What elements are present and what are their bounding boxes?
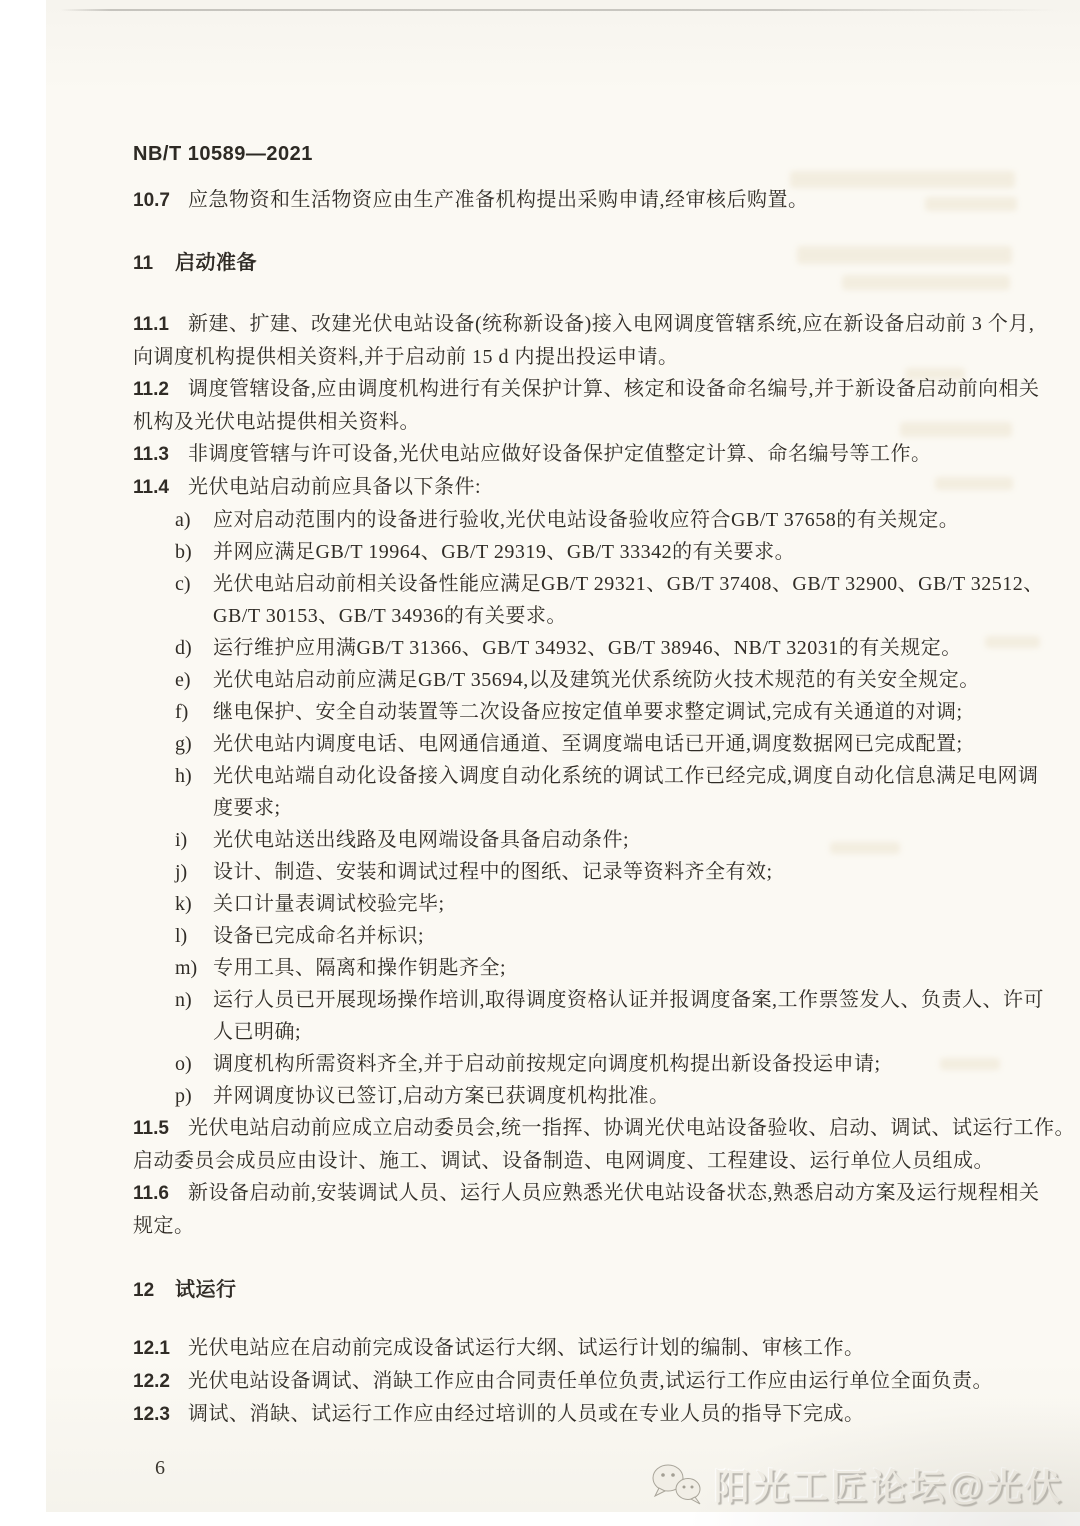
scan-corner-shade	[640, 1386, 1080, 1526]
item-label: e)	[175, 664, 213, 696]
clause-number: 11.5	[133, 1113, 188, 1145]
item-label: i)	[175, 824, 213, 856]
clause-line: 11.6新设备启动前,安装调试人员、运行人员应熟悉光伏电站设备状态,熟悉启动方案…	[133, 1177, 988, 1210]
clause-continuation: 启动委员会成员应由设计、施工、调试、设备制造、电网调度、工程建设、运行单位人员组…	[133, 1145, 988, 1177]
item-text: 并网应满足GB/T 19964、GB/T 29319、GB/T 33342的有关…	[213, 541, 795, 563]
item-text: 光伏电站启动前应满足GB/T 35694,以及建筑光伏系统防火技术规范的有关安全…	[213, 669, 980, 691]
section-title: 试运行	[175, 1279, 237, 1301]
clause-line: 11.1新建、扩建、改建光伏电站设备(统称新设备)接入电网调度管辖系统,应在新设…	[133, 308, 988, 341]
section-heading-12: 12试运行	[133, 1274, 988, 1307]
list-item: i)光伏电站送出线路及电网端设备具备启动条件;	[133, 824, 988, 856]
section-number: 11	[133, 248, 175, 280]
clause-line: 12.1光伏电站应在启动前完成设备试运行大纲、试运行计划的编制、审核工作。	[133, 1332, 988, 1365]
item-label: c)	[175, 568, 213, 600]
section-number: 12	[133, 1275, 175, 1307]
item-text: 光伏电站端自动化设备接入调度自动化系统的调试工作已经完成,调度自动化信息满足电网…	[213, 765, 1039, 787]
clause-text: 应急物资和生活物资应由生产准备机构提出采购申请,经审核后购置。	[188, 189, 809, 211]
item-continuation: 度要求;	[133, 792, 988, 824]
item-text: 人已明确;	[213, 1021, 301, 1043]
item-label: g)	[175, 728, 213, 760]
item-label: l)	[175, 920, 213, 952]
item-label: f)	[175, 696, 213, 728]
clause-number: 12.1	[133, 1333, 188, 1365]
item-text: 运行人员已开展现场操作培训,取得调度资格认证并报调度备案,工作票签发人、负责人、…	[213, 989, 1044, 1011]
clause-text: 新建、扩建、改建光伏电站设备(统称新设备)接入电网调度管辖系统,应在新设备启动前…	[188, 313, 1034, 335]
list-item: d)运行维护应用满GB/T 31366、GB/T 34932、GB/T 3894…	[133, 632, 988, 664]
item-label: a)	[175, 504, 213, 536]
clause-text: 新设备启动前,安装调试人员、运行人员应熟悉光伏电站设备状态,熟悉启动方案及运行规…	[188, 1182, 1040, 1204]
item-label: m)	[175, 952, 213, 984]
list-item: c)光伏电站启动前相关设备性能应满足GB/T 29321、GB/T 37408、…	[133, 568, 988, 600]
item-label: p)	[175, 1080, 213, 1112]
list-item: b)并网应满足GB/T 19964、GB/T 29319、GB/T 33342的…	[133, 536, 988, 568]
section-heading-11: 11启动准备	[133, 247, 988, 280]
item-continuation: 人已明确;	[133, 1016, 988, 1048]
clause-text: 光伏电站启动前应成立启动委员会,统一指挥、协调光伏电站设备验收、启动、调试、试运…	[188, 1117, 1075, 1139]
clause-text: 向调度机构提供相关资料,并于启动前 15 d 内提出投运申请。	[133, 346, 679, 368]
list-item: p)并网调度协议已签订,启动方案已获调度机构批准。	[133, 1080, 988, 1112]
doc-number: NB/T 10589—2021	[133, 138, 988, 170]
clause-text: 启动委员会成员应由设计、施工、调试、设备制造、电网调度、工程建设、运行单位人员组…	[133, 1150, 994, 1172]
clause-text: 光伏电站应在启动前完成设备试运行大纲、试运行计划的编制、审核工作。	[188, 1337, 865, 1359]
scanned-page: NB/T 10589—2021 10.7应急物资和生活物资应由生产准备机构提出采…	[0, 0, 1080, 1526]
item-continuation: GB/T 30153、GB/T 34936的有关要求。	[133, 600, 988, 632]
clause-continuation: 机构及光伏电站提供相关资料。	[133, 406, 988, 438]
clause-text: 调度管辖设备,应由调度机构进行有关保护计算、核定和设备命名编号,并于新设备启动前…	[188, 378, 1040, 400]
item-text: 关口计量表调试校验完毕;	[213, 893, 445, 915]
item-text: 光伏电站启动前相关设备性能应满足GB/T 29321、GB/T 37408、GB…	[213, 573, 1044, 595]
list-item: o)调度机构所需资料齐全,并于启动前按规定向调度机构提出新设备投运申请;	[133, 1048, 988, 1080]
clause-line: 11.3非调度管辖与许可设备,光伏电站应做好设备保护定值整定计算、命名编号等工作…	[133, 438, 988, 471]
clause-10-7: 10.7应急物资和生活物资应由生产准备机构提出采购申请,经审核后购置。	[133, 184, 988, 217]
section-title: 启动准备	[175, 252, 257, 274]
clause-continuation: 规定。	[133, 1210, 988, 1242]
item-text: 度要求;	[213, 797, 281, 819]
list-item: h)光伏电站端自动化设备接入调度自动化系统的调试工作已经完成,调度自动化信息满足…	[133, 760, 988, 792]
list-item: g)光伏电站内调度电话、电网通信通道、至调度端电话已开通,调度数据网已完成配置;	[133, 728, 988, 760]
clause-number: 12.2	[133, 1366, 188, 1398]
clause-number: 12.3	[133, 1399, 188, 1431]
clause-number: 11.4	[133, 472, 188, 504]
list-item: l)设备已完成命名并标识;	[133, 920, 988, 952]
clause-number: 10.7	[133, 185, 188, 217]
list-item: j)设计、制造、安装和调试过程中的图纸、记录等资料齐全有效;	[133, 856, 988, 888]
clause-text: 机构及光伏电站提供相关资料。	[133, 411, 420, 433]
clause-number: 11.6	[133, 1178, 188, 1210]
item-text: 专用工具、隔离和操作钥匙齐全;	[213, 957, 506, 979]
item-label: h)	[175, 760, 213, 792]
list-item: f)继电保护、安全自动装置等二次设备应按定值单要求整定调试,完成有关通道的对调;	[133, 696, 988, 728]
item-text: 设备已完成命名并标识;	[213, 925, 424, 947]
clause-number: 11.3	[133, 439, 188, 471]
item-text: GB/T 30153、GB/T 34936的有关要求。	[213, 605, 567, 627]
item-label: d)	[175, 632, 213, 664]
section-11-body: 11.1新建、扩建、改建光伏电站设备(统称新设备)接入电网调度管辖系统,应在新设…	[133, 308, 988, 1242]
item-text: 继电保护、安全自动装置等二次设备应按定值单要求整定调试,完成有关通道的对调;	[213, 701, 963, 723]
clause-number: 11.2	[133, 374, 188, 406]
page-content: NB/T 10589—2021 10.7应急物资和生活物资应由生产准备机构提出采…	[0, 0, 1080, 1484]
item-text: 光伏电站送出线路及电网端设备具备启动条件;	[213, 829, 629, 851]
item-label: o)	[175, 1048, 213, 1080]
list-item: k)关口计量表调试校验完毕;	[133, 888, 988, 920]
clause-line: 11.2调度管辖设备,应由调度机构进行有关保护计算、核定和设备命名编号,并于新设…	[133, 373, 988, 406]
list-item: n)运行人员已开展现场操作培训,取得调度资格认证并报调度备案,工作票签发人、负责…	[133, 984, 988, 1016]
clause-text: 光伏电站启动前应具备以下条件:	[188, 476, 481, 498]
item-text: 光伏电站内调度电话、电网通信通道、至调度端电话已开通,调度数据网已完成配置;	[213, 733, 963, 755]
list-item: a)应对启动范围内的设备进行验收,光伏电站设备验收应符合GB/T 37658的有…	[133, 504, 988, 536]
item-text: 应对启动范围内的设备进行验收,光伏电站设备验收应符合GB/T 37658的有关规…	[213, 509, 959, 531]
clause-line: 11.5光伏电站启动前应成立启动委员会,统一指挥、协调光伏电站设备验收、启动、调…	[133, 1112, 988, 1145]
list-item: m)专用工具、隔离和操作钥匙齐全;	[133, 952, 988, 984]
clause-line: 11.4光伏电站启动前应具备以下条件:	[133, 471, 988, 504]
list-item: e)光伏电站启动前应满足GB/T 35694,以及建筑光伏系统防火技术规范的有关…	[133, 664, 988, 696]
item-text: 并网调度协议已签订,启动方案已获调度机构批准。	[213, 1085, 670, 1107]
item-label: n)	[175, 984, 213, 1016]
item-label: k)	[175, 888, 213, 920]
clause-continuation: 向调度机构提供相关资料,并于启动前 15 d 内提出投运申请。	[133, 341, 988, 373]
item-text: 调度机构所需资料齐全,并于启动前按规定向调度机构提出新设备投运申请;	[213, 1053, 881, 1075]
item-label: b)	[175, 536, 213, 568]
item-text: 设计、制造、安装和调试过程中的图纸、记录等资料齐全有效;	[213, 861, 773, 883]
clause-text: 非调度管辖与许可设备,光伏电站应做好设备保护定值整定计算、命名编号等工作。	[188, 443, 932, 465]
clause-number: 11.1	[133, 309, 188, 341]
item-label: j)	[175, 856, 213, 888]
clause-text: 规定。	[133, 1215, 195, 1237]
item-text: 运行维护应用满GB/T 31366、GB/T 34932、GB/T 38946、…	[213, 637, 962, 659]
